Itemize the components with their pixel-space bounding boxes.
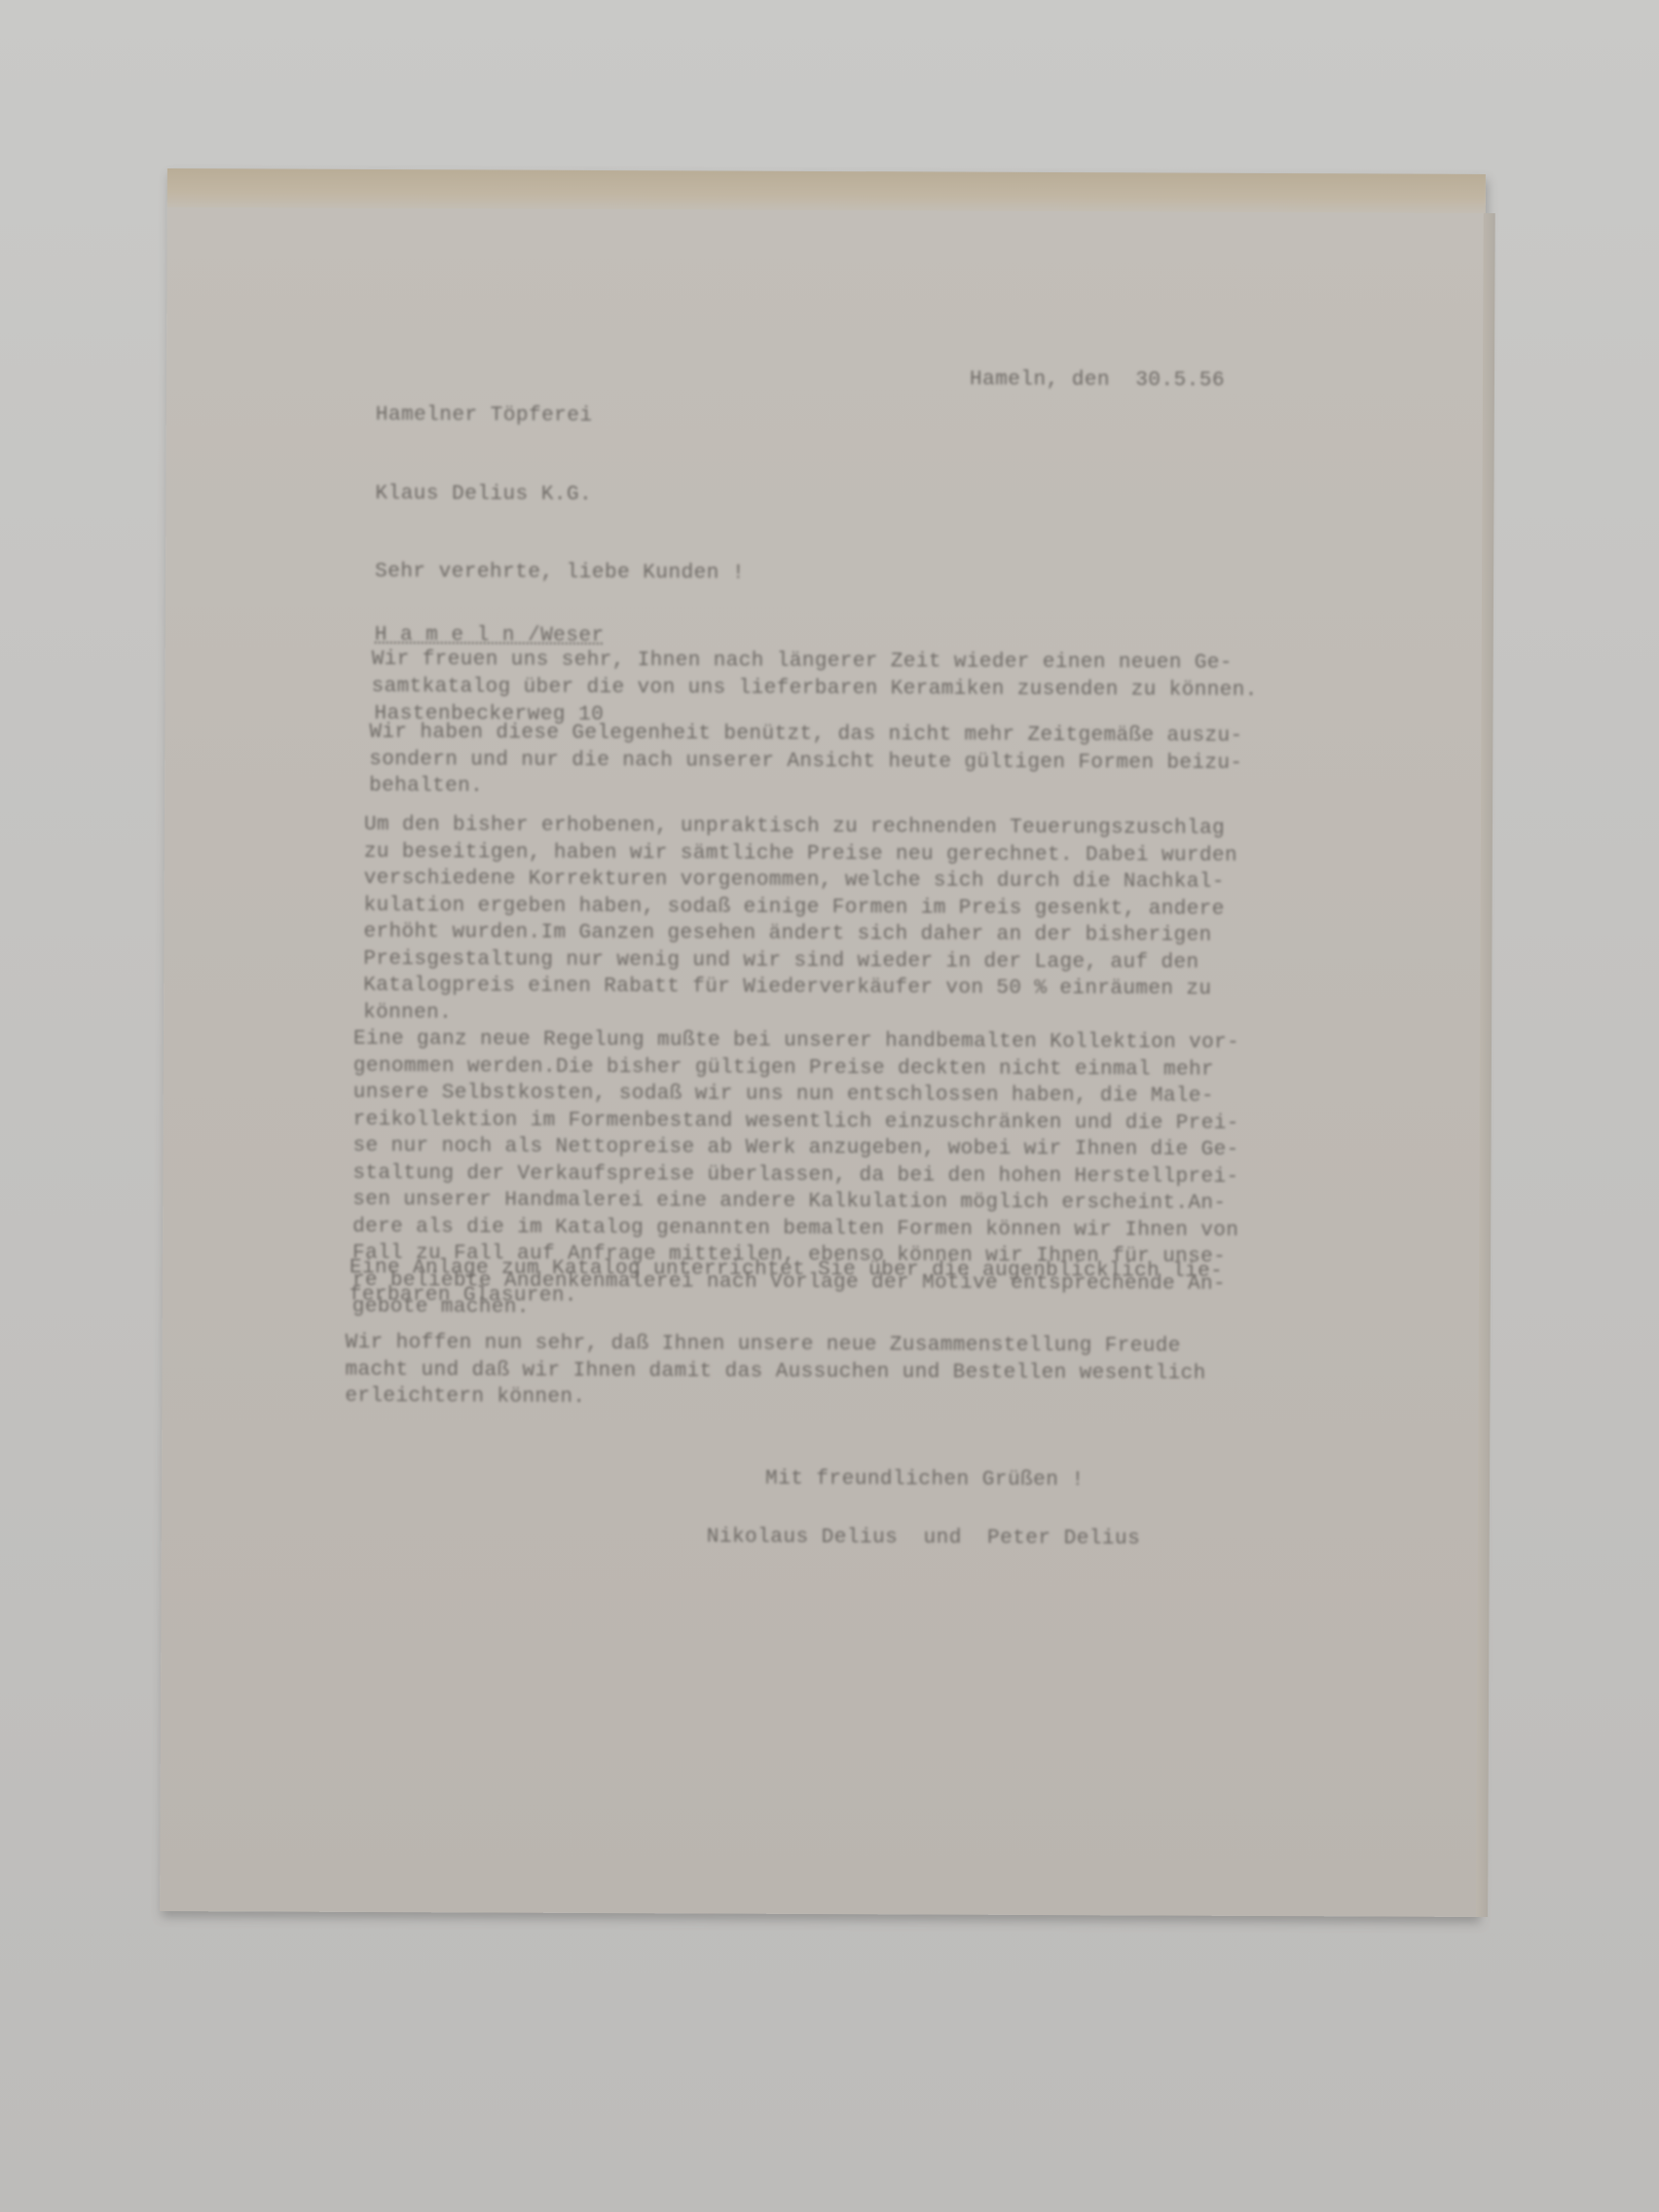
paper-stack-edge — [1476, 213, 1495, 1917]
text-line: erhöht wurden.Im Ganzen gesehen ändert s… — [363, 919, 1278, 950]
paper-sheet: Hamelner Töpferei Klaus Delius K.G. H a … — [160, 168, 1486, 1917]
text-line: unsere Selbstkosten, sodaß wir uns nun e… — [353, 1080, 1269, 1111]
text-line: sen unserer Handmalerei eine andere Kalk… — [352, 1187, 1268, 1218]
text-line: genommen werden.Die bisher gültigen Prei… — [353, 1052, 1269, 1084]
text-line: Preisgestaltung nur wenig und wir sind w… — [363, 945, 1278, 977]
text-line: Um den bisher erhobenen, unpraktisch zu … — [364, 812, 1279, 843]
text-line: Eine Anlage zum Katalog unterrichtet Sie… — [350, 1255, 1265, 1286]
text-line: Wir haben diese Gelegenheit benützt, das… — [369, 719, 1284, 751]
paragraph-5: Eine Anlage zum Katalog unterrichtet Sie… — [350, 1255, 1265, 1312]
text-line: behalten. — [369, 773, 1284, 804]
text-line: se nur noch als Nettopreise ab Werk anzu… — [352, 1133, 1268, 1164]
signature: Nikolaus Delius und Peter Delius — [707, 1524, 1141, 1552]
sender-city: H a m e l n /Weser — [375, 622, 605, 649]
text-line: samtkatalog über die von uns lieferbaren… — [372, 673, 1287, 704]
text-line: kulation ergeben haben, sodaß einige For… — [364, 892, 1279, 923]
salutation: Sehr verehrte, liebe Kunden ! — [375, 559, 745, 587]
text-line: ferbaren Glasuren. — [350, 1281, 1265, 1312]
text-line: reikollektion im Formenbestand wesentlic… — [353, 1106, 1269, 1137]
date-line: Hameln, den 30.5.56 — [970, 367, 1225, 394]
text-line: Katalogpreis einen Rabatt für Wiederverk… — [363, 973, 1278, 1004]
text-line: zu beseitigen, haben wir sämtliche Preis… — [364, 838, 1279, 869]
paragraph-2: Wir haben diese Gelegenheit benützt, das… — [369, 719, 1284, 804]
aged-top-band — [167, 168, 1486, 213]
text-line: Wir freuen uns sehr, Ihnen nach längerer… — [372, 646, 1287, 678]
sender-line-1: Hamelner Töpferei — [376, 402, 606, 429]
closing: Mit freundlichen Grüßen ! — [765, 1466, 1085, 1493]
paragraph-3: Um den bisher erhobenen, unpraktisch zu … — [363, 812, 1279, 1030]
sender-line-2: Klaus Delius K.G. — [375, 481, 605, 508]
text-line: macht und daß wir Ihnen damit das Aussuc… — [345, 1356, 1260, 1387]
text-line: Wir hoffen nun sehr, daß Ihnen unsere ne… — [346, 1330, 1261, 1361]
text-line: staltung der Verkaufspreise überlassen, … — [352, 1160, 1268, 1191]
text-line: sondern und nur die nach unserer Ansicht… — [369, 746, 1284, 777]
text-line: erleichtern können. — [345, 1383, 1260, 1415]
text-line: verschiedene Korrekturen vorgenommen, we… — [364, 866, 1279, 897]
text-line: können. — [363, 999, 1278, 1030]
text-line: dere als die im Katalog genannten bemalt… — [352, 1213, 1268, 1244]
text-line: Eine ganz neue Regelung mußte bei unsere… — [353, 1026, 1269, 1057]
paragraph-1: Wir freuen uns sehr, Ihnen nach längerer… — [372, 646, 1287, 704]
paragraph-6: Wir hoffen nun sehr, daß Ihnen unsere ne… — [345, 1330, 1260, 1415]
